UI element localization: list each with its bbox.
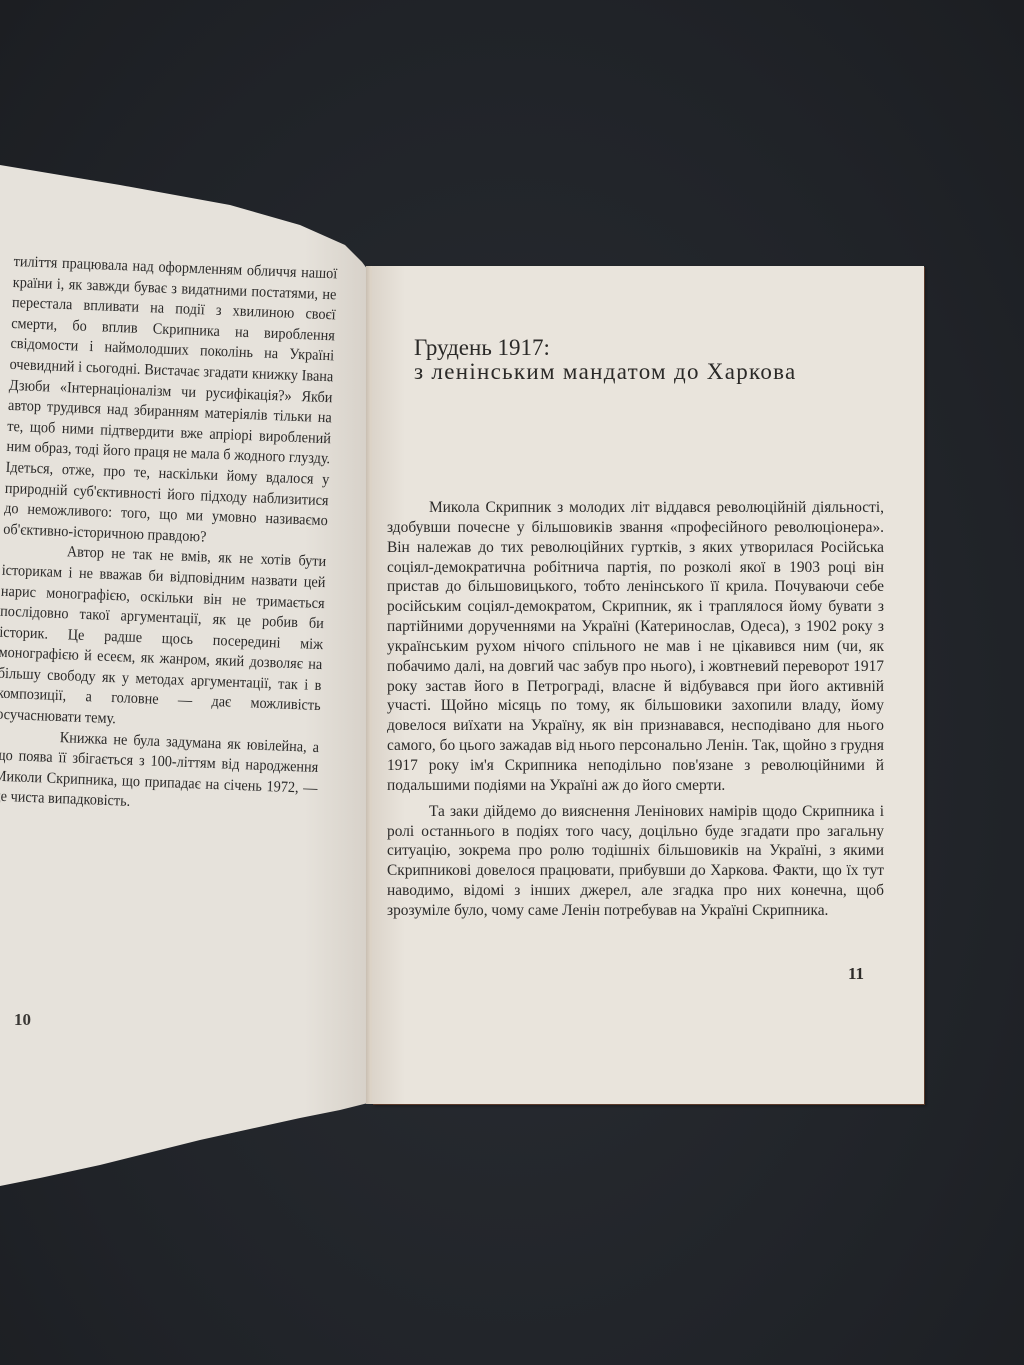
chapter-title-line-2: з ленінським мандатом до Харкова [414,360,797,384]
right-page-number: 11 [848,964,864,984]
right-page-body: Микола Скрипник з молодих літ віддався р… [387,498,884,921]
chapter-title-line-1: Грудень 1917: [414,336,797,360]
right-paragraph-2: Та заки дійдемо до вияснення Ленінових н… [387,802,884,921]
left-page-body: тиліття працювала над оформленням обличч… [0,252,338,820]
left-paragraph-1: тиліття працювала над оформленням обличч… [3,252,338,553]
left-paragraph-3: Книжка не була задумана як ювілейна, а щ… [0,725,319,820]
chapter-title: Грудень 1917: з ленінським мандатом до Х… [414,336,797,384]
right-paragraph-1: Микола Скрипник з молодих літ віддався р… [387,498,884,796]
left-paragraph-2: Автор не так не вмів, як не хотів бути і… [0,540,327,738]
left-page-number: 10 [14,1010,31,1030]
right-page: Грудень 1917: з ленінським мандатом до Х… [372,266,924,1104]
